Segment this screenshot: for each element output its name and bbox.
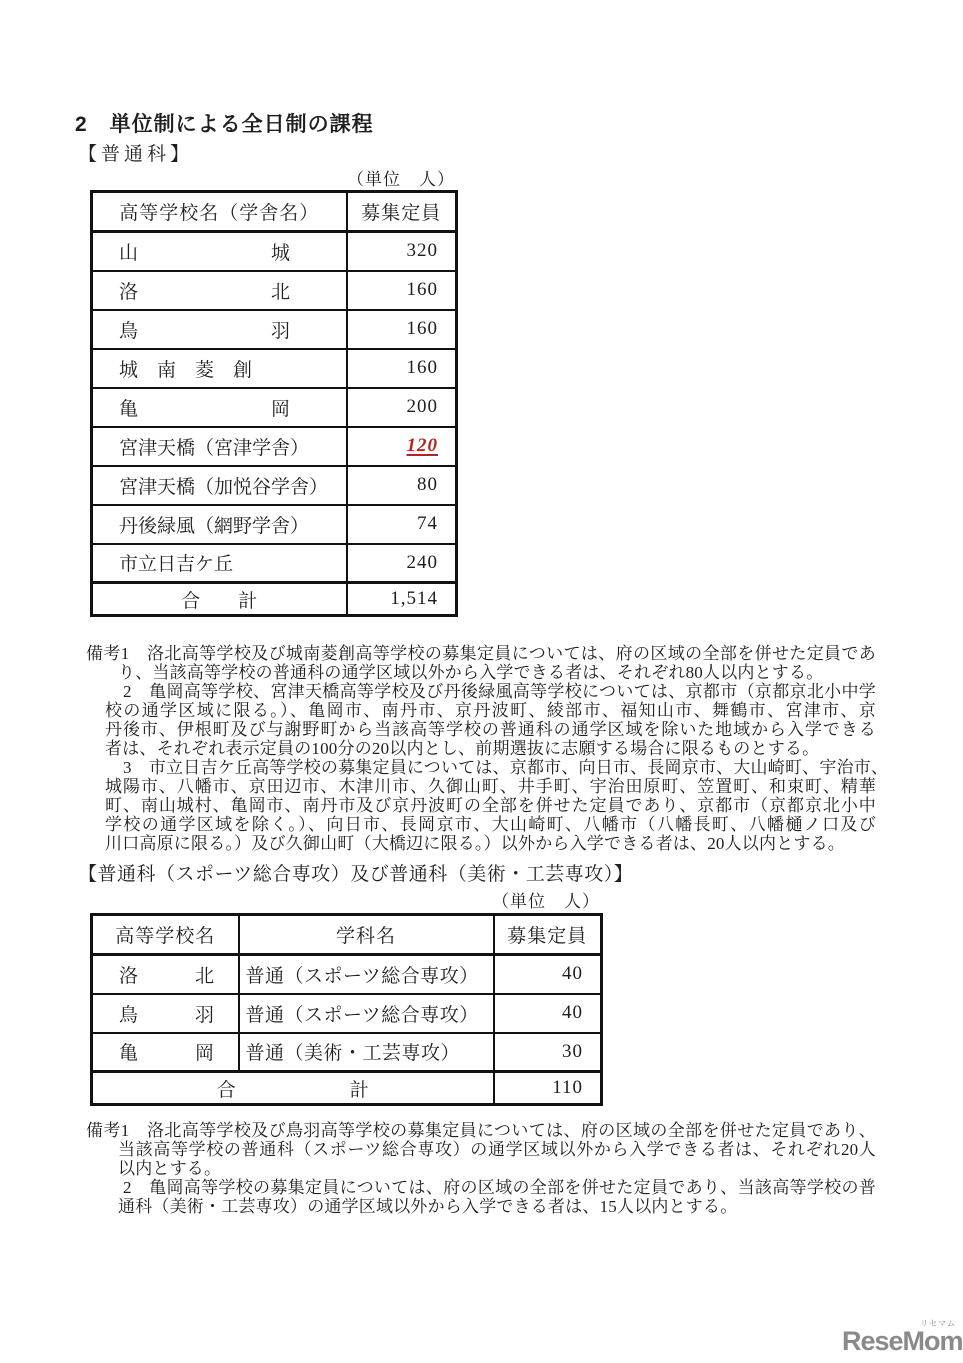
capacity-value: 160: [407, 279, 439, 300]
capacity-value: 200: [407, 396, 439, 417]
column-header: 募集定員: [347, 192, 457, 232]
note: 3 市立日吉ケ丘高等学校の募集定員については、京都市、向日市、長岡京市、大山崎町…: [86, 758, 876, 853]
capacity-cell: 120: [347, 427, 457, 466]
department-cell: 普通（美術・工芸専攻）: [239, 1033, 494, 1072]
column-header: 募集定員: [494, 915, 602, 955]
note-line: 通科（美術・工芸専攻）の通学区域以外から入学できる者は、15人以内とする。: [118, 1197, 876, 1216]
school-name-cell: 丹後緑風（網野学舎）: [92, 505, 347, 544]
table-row: 亀 岡200: [92, 388, 457, 427]
note-line: 丹後市、伊根町及び与謝野町から当該高等学校の普通科の通学区域を除いた地域から入学…: [105, 720, 876, 739]
column-header: 高等学校名（学舎名）: [92, 192, 347, 232]
school-name-cell: 洛 北: [92, 271, 347, 310]
capacity-cell: 160: [347, 271, 457, 310]
capacity-value: 74: [417, 513, 438, 534]
special-course-table: 高等学校名学科名募集定員 洛 北普通（スポーツ総合専攻）40鳥 羽普通（スポーツ…: [90, 913, 603, 1106]
table-body: 山 城320洛 北160鳥 羽160城 南 菱 創160亀 岡200宮津天橋（宮…: [92, 232, 457, 583]
section2-notes: 備考1 洛北高等学校及び鳥羽高等学校の募集定員については、府の区域の全部を併せた…: [86, 1121, 876, 1216]
capacity-cell: 320: [347, 232, 457, 271]
note-line: 2 亀岡高等学校の募集定員については、府の区域の全部を併せた定員であり、当該高等…: [123, 1178, 876, 1197]
note-line: 備考1 洛北高等学校及び鳥羽高等学校の募集定員については、府の区域の全部を併せた…: [86, 1121, 876, 1140]
note-line: 以内とする。: [118, 1159, 876, 1178]
general-course-table: 高等学校名（学舎名）募集定員 山 城320洛 北160鳥 羽160城 南 菱 創…: [90, 190, 458, 617]
capacity-cell: 40: [494, 994, 602, 1033]
capacity-cell: 240: [347, 544, 457, 583]
table-row: 宮津天橋（宮津学舎）120: [92, 427, 457, 466]
section1-notes: 備考1 洛北高等学校及び城南菱創高等学校の募集定員については、府の区域の全部を併…: [86, 644, 876, 853]
table-row: 城 南 菱 創160: [92, 349, 457, 388]
note-line: 2 亀岡高等学校、宮津天橋高等学校及び丹後緑風高等学校については、京都市（京都京…: [123, 682, 876, 701]
revised-capacity-value: 120: [407, 435, 439, 456]
resemom-logo-text: ReseMom.: [842, 1326, 963, 1357]
table-row: 山 城320: [92, 232, 457, 271]
school-name-cell: 鳥 羽: [92, 310, 347, 349]
capacity-cell: 200: [347, 388, 457, 427]
table-header-row: 高等学校名（学舎名）募集定員: [92, 192, 457, 232]
section2-heading: 【普通科（スポーツ総合専攻）及び普通科（美術・工芸専攻）】: [78, 859, 633, 886]
capacity-value: 40: [562, 1002, 583, 1023]
table-row: 亀 岡普通（美術・工芸専攻）30: [92, 1033, 602, 1072]
capacity-value: 160: [407, 357, 439, 378]
department-cell: 普通（スポーツ総合専攻）: [239, 994, 494, 1033]
school-name-cell: 洛 北: [92, 955, 239, 994]
note-line: 学校の通学区域を除く。）、向日市、長岡京市、大山崎町、八幡市（八幡長町、八幡樋ノ…: [105, 815, 876, 834]
total-value-cell: 1,514: [347, 583, 457, 616]
school-name-cell: 亀 岡: [92, 388, 347, 427]
table-row: 鳥 羽普通（スポーツ総合専攻）40: [92, 994, 602, 1033]
section1-unit-label: （単位 人）: [75, 165, 455, 190]
school-name-cell: 城 南 菱 創: [92, 349, 347, 388]
department-cell: 普通（スポーツ総合専攻）: [239, 955, 494, 994]
school-name-cell: 市立日吉ケ丘: [92, 544, 347, 583]
note-line: 川口高原に限る。）及び久御山町（大橋辺に限る。）以外から入学できる者は、20人以…: [105, 834, 876, 853]
total-row: 合 計 110: [92, 1072, 602, 1105]
table-row: 洛 北160: [92, 271, 457, 310]
capacity-value: 30: [562, 1041, 583, 1062]
column-header: 高等学校名: [92, 915, 239, 955]
capacity-cell: 40: [494, 955, 602, 994]
note-line: 町、南山城村、亀岡市、南丹市及び京丹波町の全部を併せた定員であり、京都市（京都京…: [105, 796, 876, 815]
table-body: 洛 北普通（スポーツ総合専攻）40鳥 羽普通（スポーツ総合専攻）40亀 岡普通（…: [92, 955, 602, 1072]
note: 2 亀岡高等学校、宮津天橋高等学校及び丹後緑風高等学校については、京都市（京都京…: [86, 682, 876, 758]
note: 備考1 洛北高等学校及び鳥羽高等学校の募集定員については、府の区域の全部を併せた…: [86, 1121, 876, 1178]
note-line: り、当該高等学校の普通科の通学区域以外から入学できる者は、それぞれ80人以内とす…: [118, 663, 876, 682]
note-line: 3 市立日吉ケ丘高等学校の募集定員については、京都市、向日市、長岡京市、大山崎町…: [123, 758, 876, 777]
note-line: 校の通学区域に限る。）、亀岡市、南丹市、京丹波町、綾部市、福知山市、舞鶴市、宮津…: [105, 701, 876, 720]
note: 2 亀岡高等学校の募集定員については、府の区域の全部を併せた定員であり、当該高等…: [86, 1178, 876, 1216]
capacity-value: 40: [562, 963, 583, 984]
capacity-cell: 160: [347, 349, 457, 388]
school-name-cell: 山 城: [92, 232, 347, 271]
table-row: 丹後緑風（網野学舎）74: [92, 505, 457, 544]
note-line: 当該高等学校の普通科（スポーツ総合専攻）の通学区域以外から入学できる者は、それぞ…: [118, 1140, 876, 1159]
note: 備考1 洛北高等学校及び城南菱創高等学校の募集定員については、府の区域の全部を併…: [86, 644, 876, 682]
resemom-logo: リセマム ReseMom.: [842, 1318, 960, 1360]
total-row: 合 計 1,514: [92, 583, 457, 616]
capacity-cell: 80: [347, 466, 457, 505]
column-header: 学科名: [239, 915, 494, 955]
table-row: 宮津天橋（加悦谷学舎）80: [92, 466, 457, 505]
table-row: 市立日吉ケ丘240: [92, 544, 457, 583]
total-value-cell: 110: [494, 1072, 602, 1105]
capacity-value: 80: [417, 474, 438, 495]
capacity-value: 320: [407, 240, 439, 261]
school-name-cell: 宮津天橋（加悦谷学舎）: [92, 466, 347, 505]
capacity-cell: 30: [494, 1033, 602, 1072]
capacity-value: 160: [407, 318, 439, 339]
document-page: { "page": { "title": "2 単位制による全日制の課程" },…: [0, 0, 963, 1363]
note-line: 者は、それぞれ表示定員の100分の20以内とし、前期選抜に志願する場合に限るもの…: [105, 739, 876, 758]
school-name-cell: 亀 岡: [92, 1033, 239, 1072]
capacity-value: 240: [407, 552, 439, 573]
section1-heading: 【普通科】: [78, 139, 193, 166]
capacity-cell: 74: [347, 505, 457, 544]
note-line: 城陽市、八幡市、京田辺市、木津川市、久御山町、井手町、宇治田原町、笠置町、和束町…: [105, 777, 876, 796]
table-header-row: 高等学校名学科名募集定員: [92, 915, 602, 955]
section2-unit-label: （単位 人）: [220, 887, 600, 912]
capacity-cell: 160: [347, 310, 457, 349]
total-label-cell: 合 計: [92, 583, 347, 616]
page-title: 2 単位制による全日制の課程: [75, 108, 374, 138]
table-row: 鳥 羽160: [92, 310, 457, 349]
school-name-cell: 鳥 羽: [92, 994, 239, 1033]
school-name-cell: 宮津天橋（宮津学舎）: [92, 427, 347, 466]
note-line: 備考1 洛北高等学校及び城南菱創高等学校の募集定員については、府の区域の全部を併…: [86, 644, 876, 663]
table-row: 洛 北普通（スポーツ総合専攻）40: [92, 955, 602, 994]
total-label-cell: 合 計: [92, 1072, 494, 1105]
